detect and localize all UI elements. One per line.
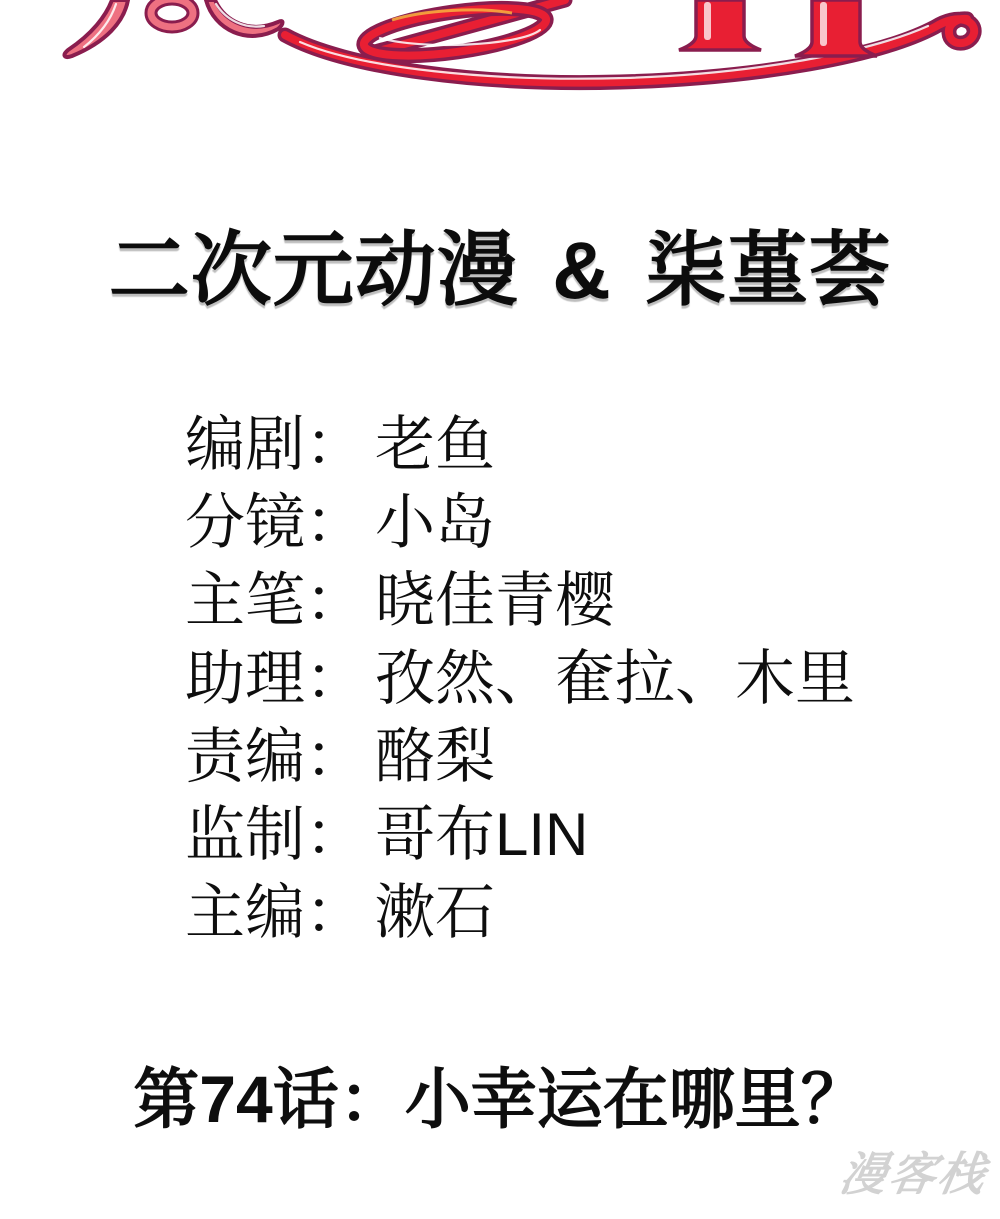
credit-row-storyboard: 分镜： 小岛 — [185, 488, 855, 566]
credit-row-supervisor: 监制： 哥布LIN — [185, 800, 855, 878]
chapter-title: 第74话：小幸运在哪里？ — [0, 1046, 1000, 1141]
studio-subtitle: 二次元动漫 & 柒堇荟 — [0, 206, 1000, 322]
comic-credits-page: 二次元动漫 & 柒堇荟 编剧： 老鱼 分镜： 小岛 主笔： 晓佳青樱 助理： 孜… — [0, 0, 1000, 1219]
credit-row-chief-editor: 主编： 漱石 — [185, 878, 855, 956]
credit-row-scriptwriter: 编剧： 老鱼 — [185, 410, 855, 488]
credit-row-assistants: 助理： 孜然、奞拉、木里 — [185, 644, 855, 722]
credit-row-editor: 责编： 酪梨 — [185, 722, 855, 800]
credit-label: 助理： — [185, 644, 375, 714]
credit-label: 分镜： — [185, 488, 375, 558]
credit-value: 晓佳青樱 — [375, 566, 615, 636]
credit-value: 酪梨 — [375, 722, 495, 792]
credit-label: 责编： — [185, 722, 375, 792]
credit-value: 哥布LIN — [375, 800, 588, 870]
credit-label: 编剧： — [185, 410, 375, 480]
credit-value: 孜然、奞拉、木里 — [375, 644, 855, 714]
credit-label: 监制： — [185, 800, 375, 870]
credit-row-lead-artist: 主笔： 晓佳青樱 — [185, 566, 855, 644]
credit-value: 漱石 — [375, 878, 495, 948]
logo-serif-strokes — [679, 0, 877, 56]
credit-label: 主笔： — [185, 566, 375, 636]
series-logo-art — [0, 0, 1000, 92]
credit-label: 主编： — [185, 878, 375, 948]
logo-pink-strokes — [65, 0, 283, 57]
credit-value: 小岛 — [375, 488, 495, 558]
credits-list: 编剧： 老鱼 分镜： 小岛 主笔： 晓佳青樱 助理： 孜然、奞拉、木里 责编： … — [185, 410, 855, 956]
logo-loop — [361, 0, 565, 65]
credit-value: 老鱼 — [375, 410, 495, 480]
series-logo-strip — [0, 0, 1000, 92]
watermark-mankezhan: 漫客栈 — [835, 1138, 994, 1204]
